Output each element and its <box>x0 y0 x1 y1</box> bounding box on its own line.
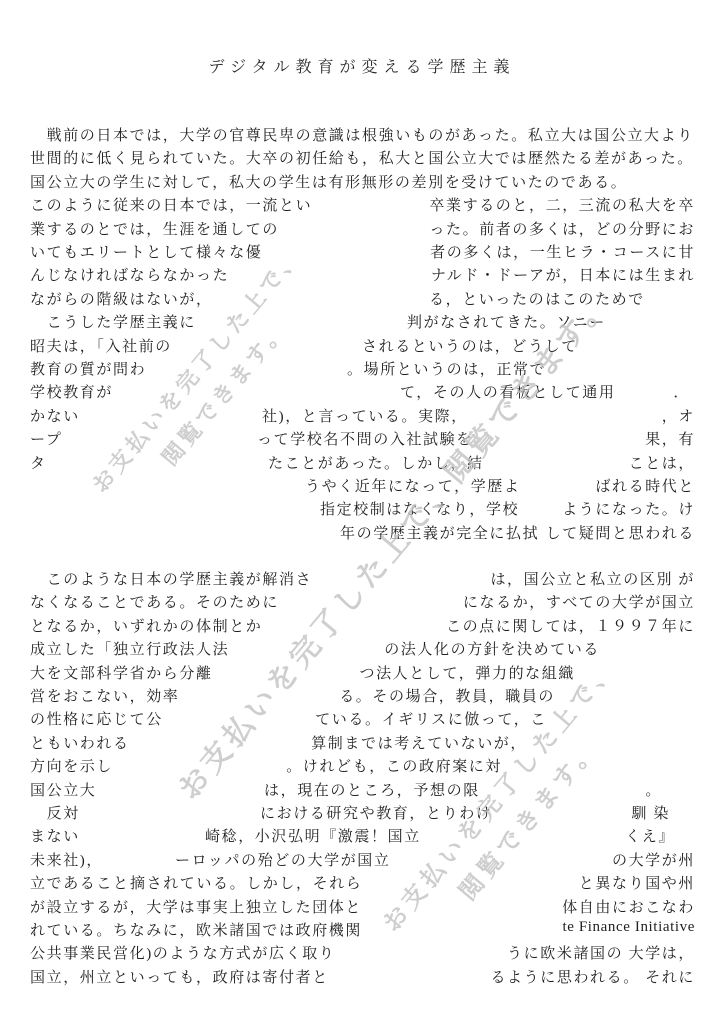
text-fragment: 戦前の日本では，大学の官尊民卑の意識は根強いものがあった。私立大は国公立大より <box>30 124 694 145</box>
text-fragment: と異なり国や州 <box>579 872 695 893</box>
text-fragment: ばれる時代と <box>595 475 695 496</box>
text-fragment: されるというのは，どうして <box>362 335 578 356</box>
text-fragment: は，国公立と私立の区別 が <box>490 568 695 589</box>
text-fragment: 成立した「独立行政法人法 <box>30 638 229 659</box>
text-fragment: んじなければならなかった <box>30 264 229 285</box>
text-line: 公共事業民営化)のような方式が広く取りうに欧米諸国の 大学は， <box>30 942 695 964</box>
text-line: 大を文部科学省から分離つ法人として，弾力的な組織 <box>30 662 695 684</box>
text-fragment: 社)，と言っている。実際， <box>262 405 468 426</box>
text-fragment: ことは， <box>629 452 695 473</box>
text-fragment: る。その場合，教員，職員の <box>339 685 555 706</box>
text-fragment: このような日本の学歴主義が解消さ <box>30 568 312 589</box>
text-fragment: れている。ちなみに，欧米諸国では政府機関 <box>30 919 362 940</box>
text-fragment: 摘されている。しかし，それら <box>130 872 362 893</box>
text-fragment: 果，有 <box>645 428 695 449</box>
text-fragment: なくなることである。そのために <box>30 591 279 612</box>
text-line: 教育の質が問わ。場所というのは，正常で <box>30 358 695 380</box>
text-fragment: つ法人として，弾力的な組織 <box>359 662 575 683</box>
text-line: うやく近年になって，学歴よばれる時代と <box>30 475 695 497</box>
text-fragment: 立であること <box>30 872 130 893</box>
text-fragment: 世間的に低く見られていた。大卒の初任給も，私大と国公立大では歴然たる差があった。 <box>30 147 694 168</box>
text-fragment: て，その人の看板として通用 <box>400 381 616 402</box>
text-line: 世間的に低く見られていた。大卒の初任給も，私大と国公立大では歴然たる差があった。 <box>30 147 695 169</box>
text-fragment: の性格に応じて公 <box>30 708 163 729</box>
text-line: となるか，いずれかの体制とかこの点に関しては，１９９７年に <box>30 615 695 637</box>
text-line: タたことがあった。しかし，結ことは， <box>30 452 695 474</box>
text-fragment: ようになった。け <box>562 498 695 519</box>
text-line: まない崎稔，小沢弘明『激震！国立くえ』 <box>30 825 695 847</box>
text-fragment: 者の多くは，一生ヒラ・コースに甘 <box>430 241 695 262</box>
text-fragment: 昭夫は，「入社前の <box>30 335 172 356</box>
text-line: が設立するが，大学は事実上独立した団体と体自由におこなわ <box>30 896 695 918</box>
text-fragment: 公共事業民営化)のような方式が広く取り <box>30 942 335 963</box>
text-line: の性格に応じて公ている。イギリスに倣って，こ <box>30 708 695 730</box>
text-fragment: たことがあった。しかし，結 <box>268 452 484 473</box>
text-line: こうした学歴主義に判がなされてきた。ソニー <box>30 311 695 333</box>
text-fragment: 学校教育が <box>30 381 113 402</box>
text-line: なくなることである。そのためにになるか，すべての大学が国立 <box>30 591 695 613</box>
text-fragment: 崎稔，小沢弘明『激震！国立 <box>205 825 421 846</box>
text-fragment: te Finance Initiative <box>562 919 695 936</box>
text-fragment: 営をおこない，効率 <box>30 685 179 706</box>
text-fragment: ，オ <box>662 405 695 426</box>
text-fragment: ． <box>673 381 690 402</box>
text-fragment: 算制までは考えていないが， <box>311 732 527 753</box>
text-line: 年の学歴主義が完全に払拭して疑問と思われる <box>30 522 695 544</box>
text-fragment: 。けれども，この政府案に対 <box>286 755 502 776</box>
text-fragment: 業するのとでは，生涯を通しての <box>30 218 279 239</box>
text-fragment: こうした学歴主義に <box>30 311 196 332</box>
text-line: このように従来の日本では，一流とい卒業するのと，二，三流の私大を卒 <box>30 194 695 216</box>
text-fragment: タ <box>30 452 47 473</box>
text-fragment: った。前者の多くは，どの分野にお <box>429 218 695 239</box>
text-fragment: 。 <box>645 779 662 800</box>
text-fragment: 。場所というのは，正常で <box>347 358 546 379</box>
text-line: 学校教育がて，その人の看板として通用． <box>30 381 695 403</box>
text-fragment: 判がなされてきた。ソニー <box>407 311 606 332</box>
text-fragment: 反対 <box>30 802 80 823</box>
text-fragment: って学校名不問の入社試験を <box>257 428 473 449</box>
text-line: ともいわれる算制までは考えていないが， <box>30 732 695 754</box>
text-fragment: ープ <box>30 428 62 449</box>
text-fragment: くえ』 <box>625 825 675 846</box>
text-fragment: における研究や教育，とりわけ <box>260 802 492 823</box>
document-body: 戦前の日本では，大学の官尊民卑の意識は根強いものがあった。私立大は国公立大より世… <box>30 0 695 1024</box>
text-fragment: になるか，すべての大学が国立 <box>463 591 695 612</box>
text-line: 戦前の日本では，大学の官尊民卑の意識は根強いものがあった。私立大は国公立大より <box>30 124 695 146</box>
text-fragment: ながらの階級はないが， <box>30 288 213 309</box>
text-line: 昭夫は，「入社前のされるというのは，どうして <box>30 335 695 357</box>
text-line: 国立，州立といっても，政府は寄付者とるように思われる。 それに <box>30 966 695 988</box>
text-fragment: 国立，州立といっても，政府は寄付者と <box>30 966 329 987</box>
text-fragment: このように従来の日本では，一流とい <box>30 194 312 215</box>
text-line: 営をおこない，効率る。その場合，教員，職員の <box>30 685 695 707</box>
text-fragment: うやく近年になって，学歴よ <box>305 475 521 496</box>
text-fragment: 方向を示し <box>30 755 113 776</box>
text-line: んじなければならなかったナルド・ドーアが，日本には生まれ <box>30 264 695 286</box>
text-fragment: まない <box>30 825 80 846</box>
text-fragment: 国公立大の学生に対して，私大の学生は有形無形の差別を受けていたのである。 <box>30 171 627 192</box>
text-fragment: となるか，いずれかの体制とか <box>30 615 262 636</box>
text-fragment: るように思われる。 それに <box>490 966 695 987</box>
text-fragment: ーロッパの殆どの大学が国立 <box>175 849 391 870</box>
text-fragment: 大を文部科学省から分離 <box>30 662 213 683</box>
text-fragment: が設立するが，大学は事実上独立した団体と <box>30 896 362 917</box>
text-fragment: 卒業するのと，二，三流の私大を卒 <box>429 194 695 215</box>
text-fragment: ナルド・ドーアが，日本には生まれ <box>431 264 695 285</box>
text-fragment: る，といったのはこのためで <box>429 288 645 309</box>
text-fragment: かない <box>30 405 80 426</box>
text-fragment: は，現在のところ，予想の限 <box>264 779 480 800</box>
text-fragment: して疑問と思われる <box>546 522 695 543</box>
text-line: 国公立大の学生に対して，私大の学生は有形無形の差別を受けていたのである。 <box>30 171 695 193</box>
text-fragment: の法人化の方針を決めている <box>384 638 600 659</box>
text-line: 方向を示し。けれども，この政府案に対 <box>30 755 695 777</box>
text-fragment: 未来社)， <box>30 849 103 870</box>
text-line: 立であること摘されている。しかし，それらと異なり国や州 <box>30 872 695 894</box>
text-fragment: ている。イギリスに倣って，こ <box>315 708 547 729</box>
text-fragment: の大学が州 <box>612 849 695 870</box>
text-fragment: 国公立大 <box>30 779 96 800</box>
text-line: かない社)，と言っている。実際，，オ <box>30 405 695 427</box>
text-line: 国公立大は，現在のところ，予想の限。 <box>30 779 695 801</box>
text-fragment: 指定校制はなくなり，学校 <box>320 498 519 519</box>
text-fragment: ともいわれる <box>30 732 130 753</box>
text-line: 成立した「独立行政法人法の法人化の方針を決めている <box>30 638 695 660</box>
text-line: いてもエリートとして様々な優者の多くは，一生ヒラ・コースに甘 <box>30 241 695 263</box>
text-line: 業するのとでは，生涯を通してのった。前者の多くは，どの分野にお <box>30 218 695 240</box>
text-line: このような日本の学歴主義が解消さは，国公立と私立の区別 が <box>30 568 695 590</box>
text-fragment: 馴 染 <box>631 802 670 823</box>
text-line: れている。ちなみに，欧米諸国では政府機関te Finance Initiativ… <box>30 919 695 941</box>
text-line: 反対における研究や教育，とりわけ馴 染 <box>30 802 695 824</box>
text-fragment: 体自由におこなわ <box>562 896 695 917</box>
text-line: 未来社)，ーロッパの殆どの大学が国立の大学が州 <box>30 849 695 871</box>
text-fragment: 年の学歴主義が完全に払拭 <box>340 522 539 543</box>
text-fragment: うに欧米諸国の 大学は， <box>507 942 695 963</box>
text-line: ながらの階級はないが，る，といったのはこのためで <box>30 288 695 310</box>
text-line: ープって学校名不問の入社試験を果，有 <box>30 428 695 450</box>
text-line: 指定校制はなくなり，学校ようになった。け <box>30 498 695 520</box>
document-page: デジタル教育が変える学歴主義 戦前の日本では，大学の官尊民卑の意識は根強いものが… <box>0 0 724 1024</box>
text-fragment: 教育の質が問わ <box>30 358 146 379</box>
text-fragment: いてもエリートとして様々な優 <box>30 241 262 262</box>
text-fragment: この点に関しては，１９９７年に <box>446 615 695 636</box>
